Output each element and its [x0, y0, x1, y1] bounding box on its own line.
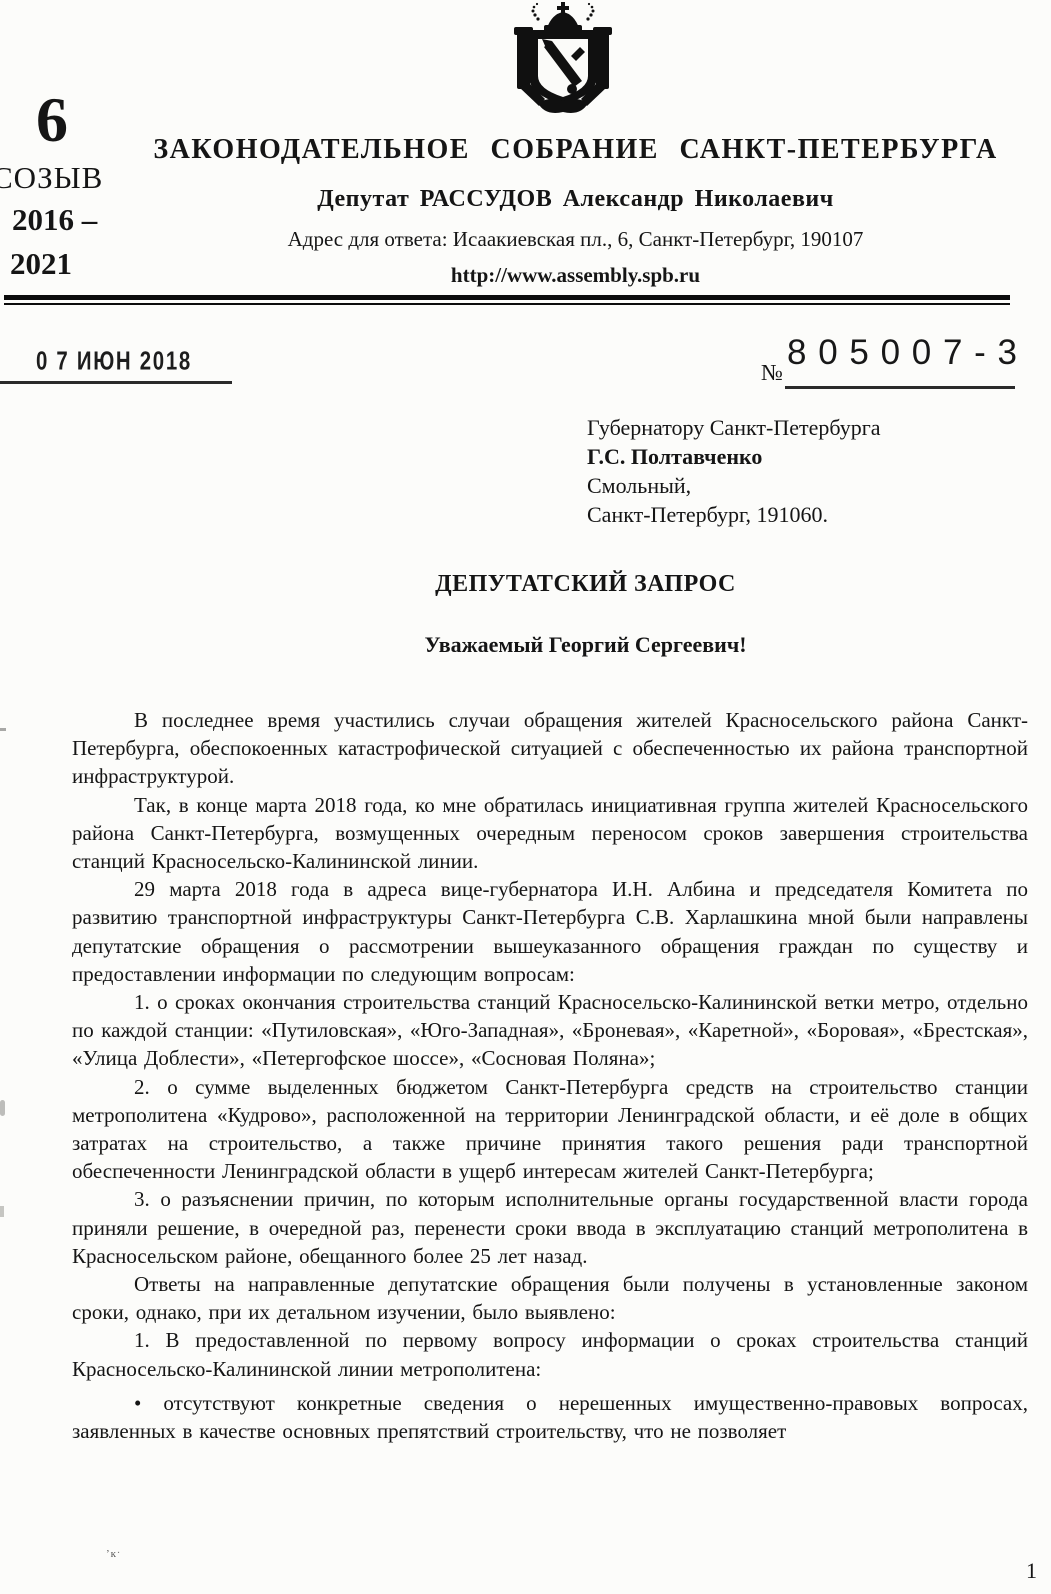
paragraph: 1. о сроках окончания строительства стан… — [72, 988, 1028, 1073]
paragraph: 3. о разъяснении причин, по которым испо… — [72, 1185, 1028, 1270]
addressee-building: Смольный, — [587, 471, 881, 500]
term-end-year: 2021 — [10, 246, 72, 282]
scan-smudge: ʼкˑ — [106, 1548, 121, 1560]
document-number: 8 0 5 0 0 7 - 3 — [787, 333, 1018, 373]
letter-body: В последнее время участились случаи обра… — [72, 706, 1028, 1445]
addressee-city: Санкт-Петербург, 191060. — [587, 500, 881, 529]
reply-address: Адрес для ответа: Исаакиевская пл., 6, С… — [130, 227, 1021, 252]
scan-artifact — [0, 1100, 5, 1116]
paragraph: 29 марта 2018 года в адреса вице-губерна… — [72, 875, 1028, 988]
salutation: Уважаемый Георгий Сергеевич! — [120, 632, 1051, 658]
date-stamp: 0 7 ИЮН 2018 — [36, 347, 192, 377]
paragraph: В последнее время участились случаи обра… — [72, 706, 1028, 791]
number-sign: № — [761, 360, 783, 386]
organization-name: ЗАКОНОДАТЕЛЬНОЕ СОБРАНИЕ САНКТ-ПЕТЕРБУРГ… — [130, 134, 1021, 166]
paragraph: 2. о сумме выделенных бюджетом Санкт-Пет… — [72, 1073, 1028, 1186]
document-page: 6 СОЗЫВ 2016 – 2021 — [0, 0, 1051, 1594]
date-stamp-underline — [0, 381, 232, 384]
header-divider — [4, 295, 1010, 305]
page-number: 1 — [1026, 1558, 1037, 1584]
number-underline — [785, 386, 1015, 389]
paragraph: 1. В предоставленной по первому вопросу … — [72, 1326, 1028, 1382]
addressee-block: Губернатору Санкт-Петербурга Г.С. Полтав… — [587, 413, 881, 529]
addressee-name: Г.С. Полтавченко — [587, 442, 881, 471]
scan-artifact — [0, 728, 6, 731]
website-url: http://www.assembly.spb.ru — [130, 263, 1021, 288]
scan-artifact — [0, 1206, 4, 1217]
deputy-name: Депутат РАССУДОВ Александр Николаевич — [130, 186, 1021, 213]
convocation-label: СОЗЫВ — [0, 160, 103, 196]
document-title: ДЕПУТАТСКИЙ ЗАПРОС — [120, 571, 1051, 598]
addressee-position: Губернатору Санкт-Петербурга — [587, 413, 881, 442]
paragraph: Ответы на направленные депутатские обращ… — [72, 1270, 1028, 1326]
convocation-number: 6 — [20, 88, 84, 152]
paragraph: Так, в конце марта 2018 года, ко мне обр… — [72, 791, 1028, 876]
term-start-year: 2016 – — [12, 202, 97, 238]
paragraph: • отсутствуют конкретные сведения о нере… — [72, 1389, 1028, 1445]
saint-petersburg-coat-of-arms-icon — [508, 2, 618, 118]
